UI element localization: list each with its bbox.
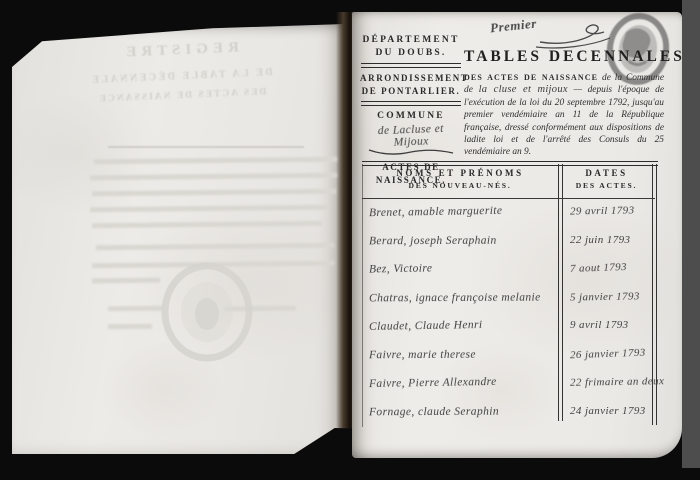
commune-label: COMMUNE: [360, 110, 462, 123]
bleedthrough-line: [92, 278, 160, 284]
bleedthrough-rule: [108, 146, 304, 148]
column-header-names: NOMS ET PRÉNOMS DES NOUVEAU-NÉS.: [362, 166, 558, 191]
record-date: 22 frimaire an deux: [570, 375, 664, 389]
record-name: Faivre, Pierre Allexandre: [369, 376, 497, 390]
table-rows: Brenet, amable marguerite29 avril 1793Be…: [362, 199, 655, 427]
bleedthrough-line: REGISTRE: [39, 36, 321, 65]
arrondissement-value: DE PONTARLIER.: [360, 85, 462, 98]
left-page: REGISTRE DE LA TABLE DÉCENNALE DES ACTES…: [12, 24, 346, 454]
bleedthrough-stamp-icon: [159, 260, 255, 364]
record-name: Berard, joseph Seraphain: [369, 234, 497, 247]
record-date: 24 janvier 1793: [570, 405, 646, 417]
scanner-side-strip: [682, 0, 700, 468]
intro-rest: — depuis l'époque de l'exécution de la l…: [464, 85, 664, 157]
divider-rule: [361, 101, 461, 106]
table-row: Berard, joseph Seraphain22 juin 1793: [362, 228, 655, 257]
bleedthrough-title: REGISTRE DE LA TABLE DÉCENNALE DES ACTES…: [39, 36, 323, 107]
table-row: Brenet, amable marguerite29 avril 1793: [362, 199, 655, 228]
scan-background: REGISTRE DE LA TABLE DÉCENNALE DES ACTES…: [0, 0, 700, 480]
bleedthrough-line: [96, 243, 334, 250]
table-row: Chatras, ignace françoise melanie5 janvi…: [362, 285, 655, 314]
record-date: 9 avril 1793: [570, 319, 629, 331]
column-header-line: DES ACTES.: [561, 180, 652, 191]
divider-rule: [361, 63, 461, 68]
column-header-line: DATES: [561, 166, 652, 180]
table-row: Bez, Victoire7 aout 1793: [362, 256, 655, 285]
right-page: Premier DÉPARTEMENT DU DOUBS. ARRONDISSE…: [352, 12, 682, 458]
bleedthrough-line: [92, 221, 322, 228]
bleedthrough-line: [94, 157, 338, 165]
record-name: Claudet, Claude Henri: [369, 319, 483, 333]
handwritten-annotation: Premier: [489, 16, 537, 37]
record-name: Fornage, claude Seraphin: [369, 405, 499, 418]
record-date: 7 aout 1793: [570, 261, 627, 275]
bleedthrough-line: DES ACTES DE NAISSANCE: [41, 85, 323, 107]
table-row: Claudet, Claude Henri9 avril 1793: [362, 313, 655, 342]
department-label: DÉPARTEMENT: [360, 34, 462, 47]
table-row: Fornage, claude Seraphin24 janvier 1793: [362, 399, 655, 428]
record-date: 5 janvier 1793: [570, 290, 640, 303]
arrondissement-label: ARRONDISSEMENT: [360, 72, 462, 85]
bleedthrough-line: [108, 324, 152, 329]
column-header-dates: DATES DES ACTES.: [561, 166, 652, 191]
bleedthrough-line: DE LA TABLE DÉCENNALE: [40, 65, 322, 88]
bleedthrough-line: [90, 173, 338, 181]
commune-handwritten: de Lacluse et Mijoux: [360, 122, 463, 150]
department-value: DU DOUBS.: [360, 47, 462, 60]
record-name: Brenet, amable marguerite: [369, 205, 503, 219]
column-header-line: DES NOUVEAU-NÉS.: [362, 180, 558, 191]
paraph-flourish-icon: [534, 20, 612, 50]
record-date: 26 janvier 1793: [570, 346, 646, 361]
record-date: 22 juin 1793: [570, 234, 630, 246]
table-row: Faivre, marie therese26 janvier 1793: [362, 342, 655, 371]
bleedthrough-line: [90, 205, 330, 213]
table-row: Faivre, Pierre Allexandre22 frimaire an …: [362, 370, 655, 399]
column-header-line: NOMS ET PRÉNOMS: [362, 166, 558, 180]
intro-paragraph: Des Actes de Naissance de la Commune de …: [464, 72, 664, 159]
bleedthrough-line: [92, 189, 336, 197]
intro-lead: Des Actes de Naissance: [464, 73, 598, 82]
records-table: NOMS ET PRÉNOMS DES NOUVEAU-NÉS. DATES D…: [362, 161, 658, 427]
bleedthrough-line: [108, 306, 164, 312]
record-name: Chatras, ignace françoise melanie: [369, 291, 541, 304]
record-date: 29 avril 1793: [570, 204, 635, 217]
record-name: Faivre, marie therese: [369, 348, 476, 361]
page-title: TABLES DECENNALES: [464, 48, 674, 66]
record-name: Bez, Victoire: [369, 262, 433, 275]
intro-commune-script: la cluse et mijoux: [479, 84, 568, 95]
